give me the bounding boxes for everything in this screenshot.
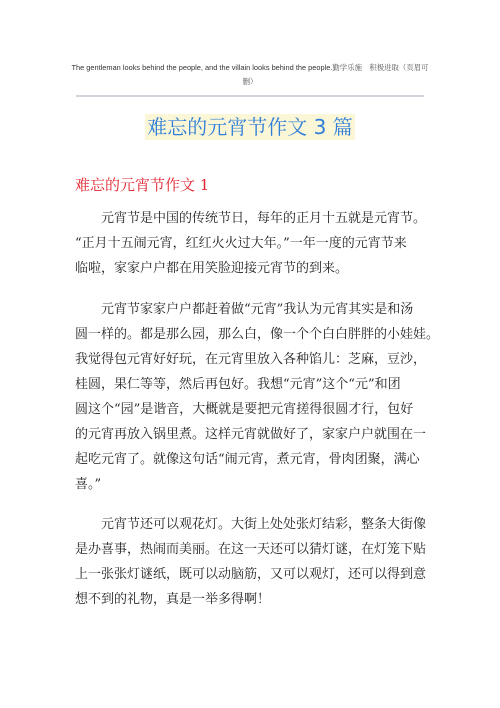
paragraph-line: 我觉得包元宵好好玩，在元宵里放入各种馅儿：芝麻，豆沙， bbox=[75, 347, 427, 372]
paragraph-1: 元宵节是中国的传统节日，每年的正月十五就是元宵节。 “正月十五闹元宵，红红火火过… bbox=[75, 206, 427, 281]
page-header: The gentleman looks behind the people, a… bbox=[62, 61, 438, 89]
section-heading: 难忘的元宵节作文 1 bbox=[75, 174, 209, 196]
paragraph-line: 圆一样的。都是那么园，那么白，像一个个白白胖胖的小娃娃。 bbox=[75, 322, 427, 347]
document-title-text: 难忘的元宵节作文 3 篇 bbox=[145, 114, 354, 140]
paragraph-line: 上一张张灯谜纸，既可以动脑筋，又可以观灯，还可以得到意 bbox=[75, 562, 427, 587]
header-english-text: The gentleman looks behind the people, a… bbox=[71, 63, 332, 72]
paragraph-3: 元宵节还可以观花灯。大街上处处张灯结彩，整条大街像 是办喜事，热闹而美丽。在这一… bbox=[75, 512, 427, 612]
paragraph-line: 元宵节家家户户都赶着做“元宵”我认为元宵其实是和汤 bbox=[75, 297, 427, 322]
paragraph-line: 是办喜事，热闹而美丽。在这一天还可以猜灯谜，在灯笼下贴 bbox=[75, 537, 427, 562]
header-divider bbox=[76, 95, 424, 97]
header-chinese-text: 勤学乐施 积极进取（页眉可 bbox=[332, 63, 428, 72]
header-chinese-text-cont: 删） bbox=[243, 77, 258, 86]
paragraph-line: “正月十五闹元宵，红红火火过大年。”一年一度的元宵节来 bbox=[75, 231, 427, 256]
paragraph-line: 喜。” bbox=[75, 472, 427, 497]
paragraph-line: 元宵节是中国的传统节日，每年的正月十五就是元宵节。 bbox=[75, 206, 427, 231]
paragraph-2: 元宵节家家户户都赶着做“元宵”我认为元宵其实是和汤 圆一样的。都是那么园，那么白… bbox=[75, 297, 427, 497]
paragraph-line: 起吃元宵了。就像这句话“闹元宵，煮元宵，骨肉团聚，满心 bbox=[75, 447, 427, 472]
paragraph-line: 想不到的礼物，真是一举多得啊！ bbox=[75, 587, 427, 612]
paragraph-line: 桂圆，果仁等等，然后再包好。我想“元宵”这个“元”和团 bbox=[75, 372, 427, 397]
paragraph-line: 临啦，家家户户都在用笑脸迎接元宵节的到来。 bbox=[75, 256, 427, 281]
document-title: 难忘的元宵节作文 3 篇 bbox=[0, 113, 500, 141]
paragraph-line: 的元宵再放入锅里煮。这样元宵就做好了，家家户户就围在一 bbox=[75, 422, 427, 447]
paragraph-line: 元宵节还可以观花灯。大街上处处张灯结彩，整条大街像 bbox=[75, 512, 427, 537]
paragraph-line: 圆这个“园”是谐音，大概就是要把元宵搓得很圆才行，包好 bbox=[75, 397, 427, 422]
